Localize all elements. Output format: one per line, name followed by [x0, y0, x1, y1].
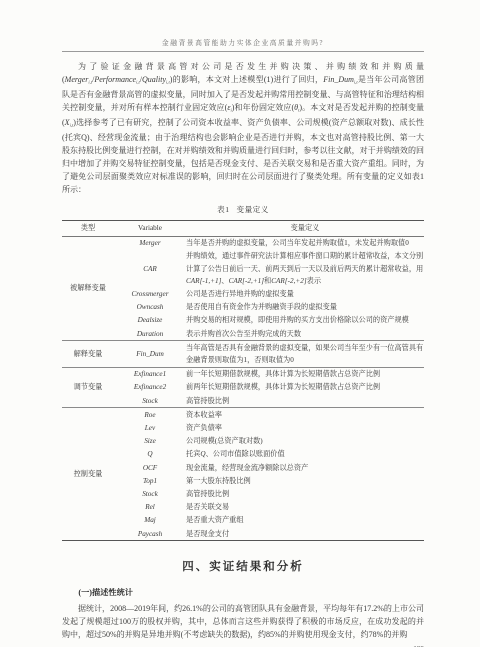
definition-cell: 并购交易的相对规模，即使用并购的买方支出价格除以公司的资产规模 — [186, 314, 424, 327]
table-row: 解释变量Fin_Dum当年高管是否具有金融背景的虚拟变量，如果公司当年至少有一位… — [62, 341, 424, 367]
variable-definition-table: 类型 Variable 变量定义 被解释变量Merger当年是否并购的虚拟变量，… — [62, 220, 424, 541]
variable-cell: Top1 — [114, 474, 186, 487]
paragraph-text: )和年份固定效应( — [232, 103, 294, 112]
definition-cell: 高管持股比例 — [186, 488, 424, 501]
table-row: Rel是否关联交易 — [62, 501, 424, 514]
table-row: Stock高管持股比例 — [62, 488, 424, 501]
section-heading: 四、实证结果和分析 — [62, 558, 424, 574]
variable-name: Merger — [65, 75, 89, 84]
variable-cell: Roe — [114, 408, 186, 422]
inline-variable: CAR[-2,+2] — [271, 277, 306, 285]
definition-cell: 资本收益率 — [186, 408, 424, 422]
inline-variable: Q — [200, 450, 205, 458]
table-row: 被解释变量Merger当年是否并购的虚拟变量，公司当年发起并购取值1，未发起并购… — [62, 236, 424, 250]
definition-cell: 当年高管是否具有金融背景的虚拟变量，如果公司当年至少有一位高管具有金融背景则取值… — [186, 341, 424, 367]
paragraph-text: )的影响，本文对上述模型(1)进行了回归， — [170, 75, 324, 84]
page-content: 金融背景高管能助力实体企业高质量并购吗? 为了验证金融背景高管对公司是否发生并购… — [62, 0, 424, 647]
variable-cell: Rel — [114, 501, 186, 514]
variable-cell: Exfinance1 — [114, 367, 186, 381]
inline-variable: CAR[-2,+1] — [229, 277, 264, 285]
table-caption: 表1变量定义 — [62, 204, 424, 215]
variable-cell: Stock — [114, 394, 186, 408]
variable-name: Quality — [142, 75, 166, 84]
col-header-definition: 变量定义 — [186, 221, 424, 236]
variable-cell: Exfinance2 — [114, 381, 186, 394]
table-header: 类型 Variable 变量定义 — [62, 221, 424, 236]
col-header-variable: Variable — [114, 221, 186, 236]
paragraph-text: )选择参考了已有研究，控制了公司资本收益率、资产负债率、公司规模(资产总额取对数… — [62, 118, 424, 193]
table-body: 被解释变量Merger当年是否并购的虚拟变量，公司当年发起并购取值1，未发起并购… — [62, 236, 424, 541]
variable-name: Performance — [94, 75, 136, 84]
variable-cell: Merger — [114, 236, 186, 250]
table-row: Maj是否重大资产重组 — [62, 514, 424, 527]
variable-cell: OCF — [114, 461, 186, 474]
intro-paragraph: 为了验证金融背景高管对公司是否发生并购决策、并购绩效和并购质量(Mergeri,… — [62, 61, 424, 196]
paper-page: 金融背景高管能助力实体企业高质量并购吗? 为了验证金融背景高管对公司是否发生并购… — [0, 0, 480, 647]
definition-cell: 是否使用自有资金作为并购融资手段的虚拟变量 — [186, 301, 424, 314]
variable-cell: Lev — [114, 422, 186, 435]
header-rule — [62, 51, 424, 52]
table-caption-label: 表1 — [217, 205, 229, 214]
category-cell: 调节变量 — [62, 367, 114, 408]
variable-cell: CAR — [114, 250, 186, 288]
table-row: Lev资产负债率 — [62, 422, 424, 435]
category-cell: 被解释变量 — [62, 236, 114, 341]
definition-cell: 托宾Q、公司市值除以账面价值 — [186, 448, 424, 461]
running-header: 金融背景高管能助力实体企业高质量并购吗? — [62, 37, 424, 47]
category-cell: 控制变量 — [62, 408, 114, 541]
table-row: OCF现金流量，经营现金流净额除以总资产 — [62, 461, 424, 474]
variable-cell: Duration — [114, 327, 186, 341]
definition-cell: 是否现金支付 — [186, 527, 424, 541]
variable-cell: Size — [114, 435, 186, 448]
table-caption-title: 变量定义 — [237, 205, 269, 214]
table-row: Exfinance2前两年长短期借款规模，具体计算为长短期借款占总资产比例 — [62, 381, 424, 394]
definition-cell: 前一年长短期借款规模，具体计算为长短期借款占总资产比例 — [186, 367, 424, 381]
table-row: Duration表示并购首次公告至并购完成的天数 — [62, 327, 424, 341]
variable-cell: Stock — [114, 488, 186, 501]
table-row: Size公司规模(总资产取对数) — [62, 435, 424, 448]
table-row: 控制变量Roe资本收益率 — [62, 408, 424, 422]
variable-cell: Fin_Dum — [114, 341, 186, 367]
table-row: Dealsize并购交易的相对规模，即使用并购的买方支出价格除以公司的资产规模 — [62, 314, 424, 327]
definition-cell: 表示并购首次公告至并购完成的天数 — [186, 327, 424, 341]
table-row: Owncash是否使用自有资金作为并购融资手段的虚拟变量 — [62, 301, 424, 314]
table-row: CAR并购绩效，通过事件研究法计算相应事件窗口期的累计超常收益，本文分别计算了公… — [62, 250, 424, 288]
definition-cell: 第一大股东持股比例 — [186, 474, 424, 487]
variable-cell: Crossmerger — [114, 287, 186, 300]
definition-cell: 公司是否进行异地并购的虚拟变量 — [186, 287, 424, 300]
category-cell: 解释变量 — [62, 341, 114, 367]
definition-cell: 前两年长短期借款规模，具体计算为长短期借款占总资产比例 — [186, 381, 424, 394]
definition-cell: 公司规模(总资产取对数) — [186, 435, 424, 448]
variable-cell: Dealsize — [114, 314, 186, 327]
definition-cell: 现金流量，经营现金流净额除以总资产 — [186, 461, 424, 474]
table-row: 调节变量Exfinance1前一年长短期借款规模，具体计算为长短期借款占总资产比… — [62, 367, 424, 381]
col-header-type: 类型 — [62, 221, 114, 236]
results-paragraph: 据统计，2008—2019年间，约26.1%的公司的高管团队具有金融背景，平均每… — [62, 603, 424, 641]
definition-cell: 是否重大资产重组 — [186, 514, 424, 527]
variable-cell: Q — [114, 448, 186, 461]
table-row: Top1第一大股东持股比例 — [62, 474, 424, 487]
table-row: Stock高管持股比例 — [62, 394, 424, 408]
table-row: Q托宾Q、公司市值除以账面价值 — [62, 448, 424, 461]
variable-cell: Maj — [114, 514, 186, 527]
variable-name: Fin_Dum — [323, 75, 354, 84]
definition-cell: 高管持股比例 — [186, 394, 424, 408]
definition-cell: 是否关联交易 — [186, 501, 424, 514]
variable-cell: Owncash — [114, 301, 186, 314]
subsection-heading: (一)描述性统计 — [62, 587, 424, 598]
definition-cell: 并购绩效，通过事件研究法计算相应事件窗口期的累计超常收益，本文分别计算了公告日前… — [186, 250, 424, 288]
definition-cell: 当年是否并购的虚拟变量，公司当年发起并购取值1，未发起并购取值0 — [186, 236, 424, 250]
table-row: Crossmerger公司是否进行异地并购的虚拟变量 — [62, 287, 424, 300]
definition-cell: 资产负债率 — [186, 422, 424, 435]
inline-variable: CAR[-1,+1] — [186, 277, 221, 285]
table-header-row: 类型 Variable 变量定义 — [62, 221, 424, 236]
variable-cell: Paycash — [114, 527, 186, 541]
table-row: Paycash是否现金支付 — [62, 527, 424, 541]
